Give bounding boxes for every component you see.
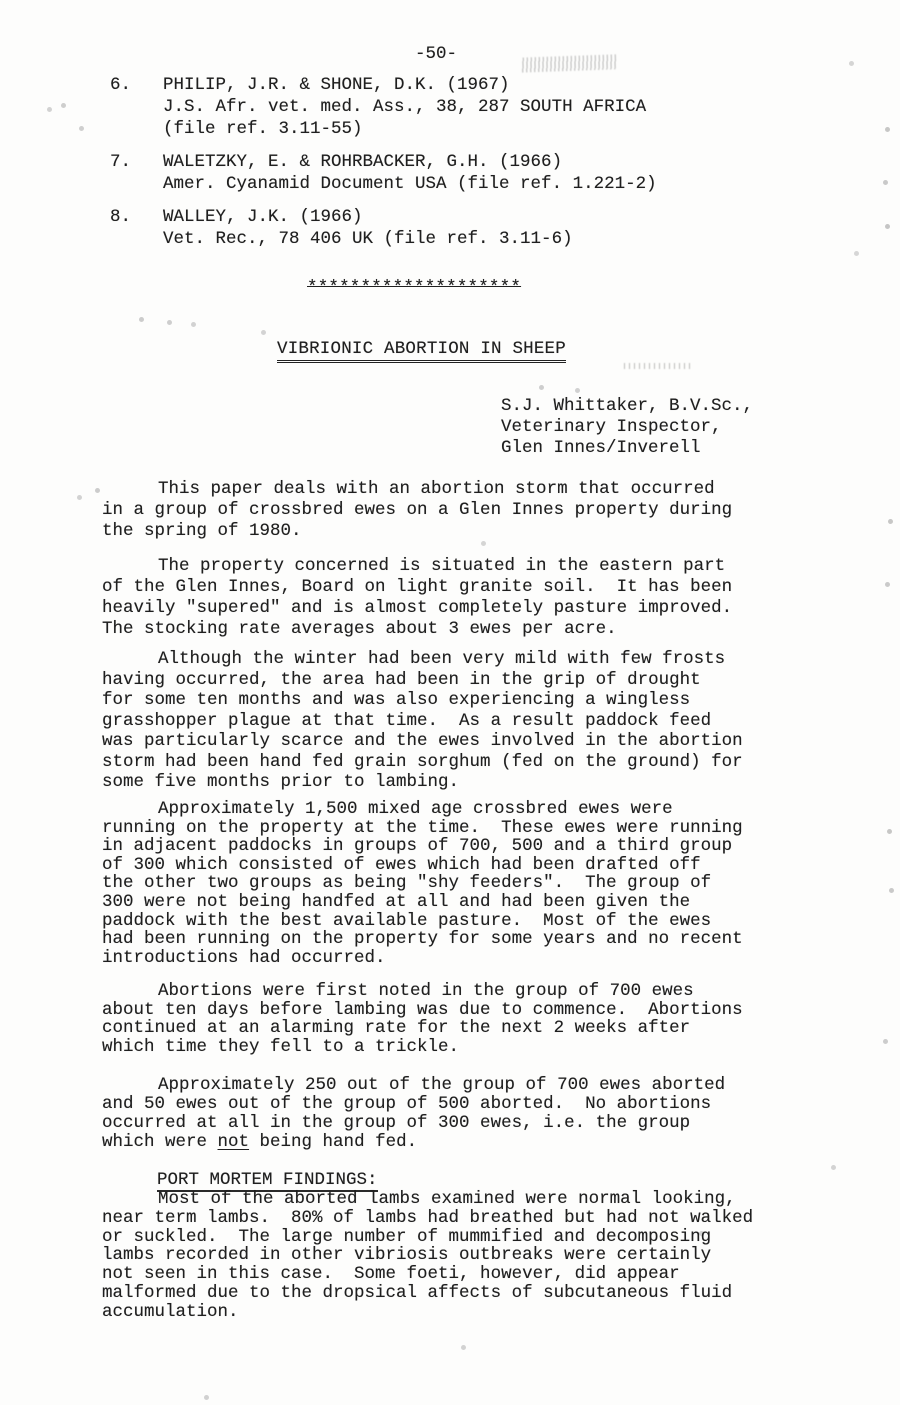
paragraph-conditions: Although the winter had been very mild w…	[102, 649, 743, 793]
scanned-document-page: -50- 6. PHILIP, J.R. & SHONE, D.K. (1967…	[0, 0, 900, 1405]
paragraph-findings: Most of the aborted lambs examined were …	[102, 1190, 753, 1322]
reference-item-8: 8. WALLEY, J.K. (1966) Vet. Rec., 78 406…	[110, 206, 573, 250]
reference-number: 8.	[110, 206, 163, 250]
paragraph-property: The property concerned is situated in th…	[102, 556, 732, 640]
article-title: VIBRIONIC ABORTION IN SHEEP	[277, 339, 566, 363]
reference-citation: PHILIP, J.R. & SHONE, D.K. (1967) J.S. A…	[163, 74, 646, 140]
author-block: S.J. Whittaker, B.V.Sc., Veterinary Insp…	[501, 396, 753, 459]
underlined-word: not	[218, 1132, 250, 1152]
paragraph-abortion-onset: Abortions were first noted in the group …	[102, 982, 743, 1056]
paragraph-flock-groups: Approximately 1,500 mixed age crossbred …	[102, 800, 743, 967]
reference-number: 7.	[110, 151, 163, 195]
page-number: -50-	[0, 44, 886, 64]
paragraph-intro: This paper deals with an abortion storm …	[102, 479, 732, 542]
reference-item-6: 6. PHILIP, J.R. & SHONE, D.K. (1967) J.S…	[110, 74, 646, 140]
paragraph-text: being hand fed.	[249, 1132, 417, 1152]
scan-speckles	[0, 0, 3, 3]
reference-item-7: 7. WALETZKY, E. & ROHRBACKER, G.H. (1966…	[110, 151, 657, 195]
asterisk-separator: ********************	[307, 278, 521, 298]
reference-citation: WALLEY, J.K. (1966) Vet. Rec., 78 406 UK…	[163, 206, 573, 250]
reference-citation: WALETZKY, E. & ROHRBACKER, G.H. (1966) A…	[163, 151, 657, 195]
paragraph-abortion-counts: Approximately 250 out of the group of 70…	[102, 1076, 725, 1152]
reference-number: 6.	[110, 74, 163, 140]
scan-smudge	[620, 363, 690, 369]
